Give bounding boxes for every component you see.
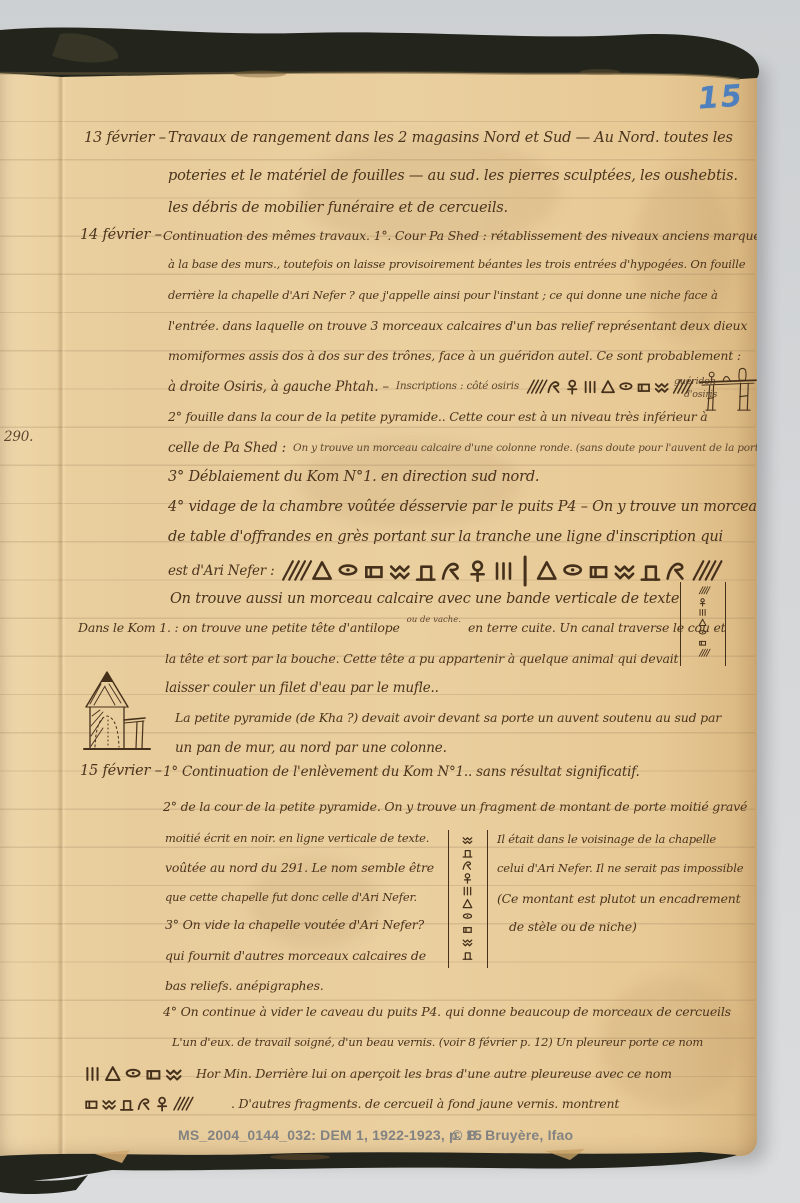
line-text: est d'Ari Nefer : <box>168 564 274 579</box>
manuscript-line: qui fournit d'autres morceaux calcaires … <box>165 949 426 963</box>
caption-credit: © B. Bruyère, Ifao <box>452 1127 573 1143</box>
manuscript-line: 2° de la cour de la petite pyramide. On … <box>163 800 747 814</box>
entry-date-13-fevrier: 13 février – <box>84 131 166 147</box>
pyramid-section-sketch <box>82 668 152 754</box>
entry-date-14-fevrier: 14 février – <box>80 228 162 244</box>
osiris-inscription-hieroglyphs <box>526 376 696 398</box>
interlinear-note: Inscriptions : côté osiris <box>396 381 519 393</box>
superscript-note: ou de vache. <box>407 616 461 625</box>
manuscript-line: un pan de mur, au nord par une colonne. <box>175 741 447 756</box>
manuscript-line: Dans le Kom 1. : on trouve une petite tê… <box>78 621 725 635</box>
gutter-crease <box>57 58 66 1156</box>
manuscript-line: . D'autres fragments. de cercueil à fond… <box>84 1092 619 1116</box>
manuscript-line: On trouve aussi un morceau calcaire avec… <box>170 592 679 608</box>
manuscript-photo: 15 290. 13 février – Travaux de rangemen… <box>0 0 800 1203</box>
book-cover-bottom <box>0 1142 800 1203</box>
manuscript-line: voûtée au nord du 291. Le nom semble êtr… <box>165 861 434 875</box>
door-jamb-hieroglyphs <box>459 833 477 963</box>
line-text: en terre cuite. Un canal traverse le cou… <box>468 621 725 635</box>
manuscript-line: Travaux de rangement dans les 2 magasins… <box>168 131 733 147</box>
manuscript-line: de stèle ou de niche) <box>509 920 637 934</box>
ari-nefer-inscription-hieroglyphs <box>281 556 726 586</box>
caption-id: MS_2004_0144_032: DEM 1, 1922-1923, p. 1… <box>178 1127 482 1143</box>
page: 15 290. 13 février – Travaux de rangemen… <box>0 58 757 1156</box>
interlinear-note: On y trouve un morceau calcaire d'une co… <box>293 443 757 455</box>
manuscript-line: que cette chapelle fut donc celle d'Ari … <box>165 891 417 904</box>
bleedthrough-stain <box>635 168 730 338</box>
second-mourner-name-hieroglyphs <box>84 1092 196 1116</box>
hor-min-name-hieroglyphs <box>84 1062 189 1086</box>
manuscript-line: la tête et sort par la bouche. Cette têt… <box>165 652 678 666</box>
line-text: . D'autres fragments. de cercueil à fond… <box>231 1097 619 1111</box>
line-text: Hor Min. Derrière lui on aperçoit les br… <box>196 1067 672 1081</box>
line-text: celle de Pa Shed : <box>168 441 286 456</box>
line-text: Dans le Kom 1. : on trouve une petite tê… <box>78 621 400 635</box>
offering-table-sketch <box>698 362 757 414</box>
manuscript-line: Hor Min. Derrière lui on aperçoit les br… <box>84 1062 672 1086</box>
manuscript-line: L'un d'eux. de travail soigné, d'un beau… <box>172 1036 703 1049</box>
line-text: à droite Osiris, à gauche Phtah. – <box>168 380 389 395</box>
manuscript-line: Il était dans le voisinage de la chapell… <box>497 833 716 846</box>
manuscript-line: moitié écrit en noir. en ligne verticale… <box>165 832 429 845</box>
manuscript-line: (Ce montant est plutot un encadrement <box>497 892 740 906</box>
manuscript-line: 2° fouille dans la cour de la petite pyr… <box>168 410 708 424</box>
manuscript-line: de table d'offrandes en grès portant sur… <box>168 530 723 546</box>
manuscript-line: les débris de mobilier funéraire et de c… <box>168 201 508 217</box>
manuscript-line: bas reliefs. anépigraphes. <box>165 979 324 993</box>
entry-date-15-fevrier: 15 février – <box>80 764 162 780</box>
manuscript-line: l'entrée. dans laquelle on trouve 3 morc… <box>168 319 747 333</box>
manuscript-line: La petite pyramide (de Kha ?) devait avo… <box>175 711 721 725</box>
manuscript-line: est d'Ari Nefer : <box>168 556 726 586</box>
manuscript-line: 3° Déblaiement du Kom N°1. en direction … <box>168 470 539 486</box>
hieroglyph-middle-column <box>448 830 488 968</box>
manuscript-line: momiformes assis dos à dos sur des trône… <box>168 349 741 363</box>
manuscript-line: celui d'Ari Nefer. Il ne serait pas impo… <box>497 862 743 875</box>
manuscript-line: 3° On vide la chapelle voutée d'Ari Nefe… <box>165 918 424 932</box>
manuscript-line: à droite Osiris, à gauche Phtah. – Inscr… <box>168 376 696 398</box>
manuscript-line: 4° On continue à vider le caveau du puit… <box>163 1005 731 1019</box>
manuscript-line: derrière la chapelle d'Ari Nefer ? que j… <box>168 289 718 302</box>
manuscript-line: celle de Pa Shed : On y trouve un morcea… <box>168 441 757 456</box>
manuscript-line: laisser couler un filet d'eau par le muf… <box>165 681 439 696</box>
margin-note: 290. <box>4 430 33 445</box>
manuscript-line: Continuation des mêmes travaux. 1°. Cour… <box>163 229 757 243</box>
manuscript-line: 1° Continuation de l'enlèvement du Kom N… <box>163 765 640 780</box>
manuscript-line: poteries et le matériel de fouilles — au… <box>168 169 738 185</box>
manuscript-line: à la base des murs., toutefois on laisse… <box>168 258 745 271</box>
manuscript-line: 4° vidage de la chambre voûtée désservie… <box>168 500 757 516</box>
book-cover-top <box>0 0 800 92</box>
